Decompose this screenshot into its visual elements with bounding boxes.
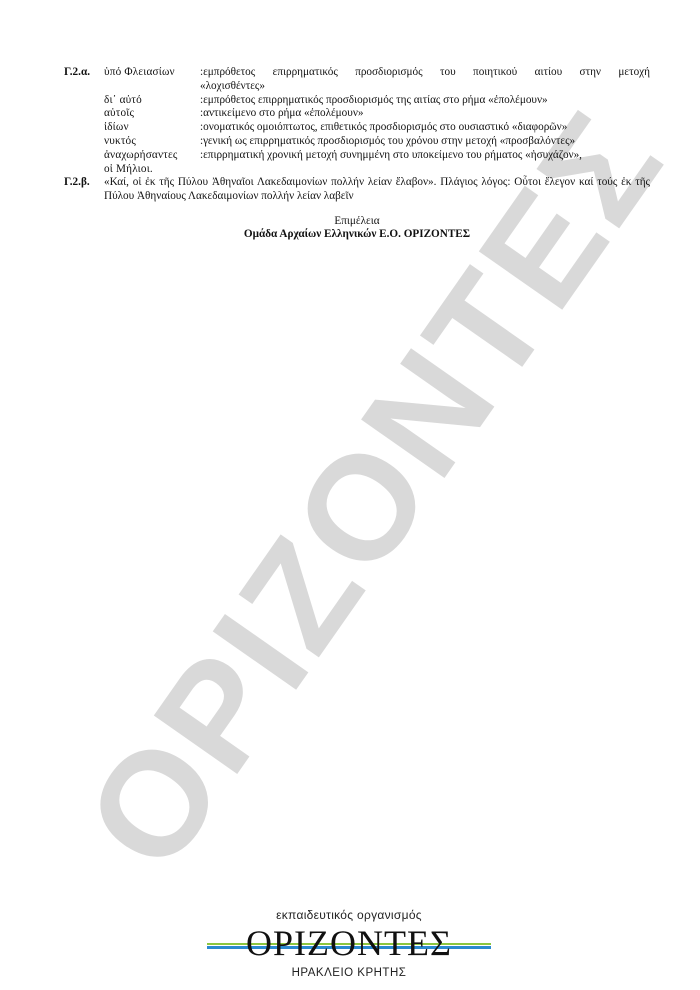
description: :επιρρηματική χρονική μετοχή συνημμένη σ… bbox=[200, 149, 650, 163]
g2a-row-5: ἀναχωρήσαντες :επιρρηματική χρονική μετο… bbox=[64, 149, 650, 163]
credit-line1: Επιμέλεια bbox=[64, 215, 650, 229]
credit: Επιμέλεια Ομάδα Αρχαίων Ελληνικών Ε.Ο. Ο… bbox=[64, 215, 650, 242]
g2b-label: Γ.2.β. bbox=[64, 176, 104, 204]
g2a-row-3: ἰδίων :ονοματικός ομοιόπτωτος, επιθετικό… bbox=[64, 121, 650, 135]
description: :ονοματικός ομοιόπτωτος, επιθετικός προσ… bbox=[200, 121, 650, 135]
description: :εμπρόθετος επιρρηματικός προσδιορισμός … bbox=[200, 66, 650, 80]
g2a-row-2: αὐτοῖς :αντικείμενο στο ρήμα «ἐπολέμουν» bbox=[64, 107, 650, 121]
description: :γενική ως επιρρηματικός προσδιορισμός τ… bbox=[200, 135, 650, 149]
term: αὐτοῖς bbox=[104, 107, 200, 121]
term: δι᾽ αὐτό bbox=[104, 94, 200, 108]
g2a-row-1: δι᾽ αὐτό :εμπρόθετος επιρρηματικός προσδ… bbox=[64, 94, 650, 108]
description: :αντικείμενο στο ρήμα «ἐπολέμουν» bbox=[200, 107, 650, 121]
organization-logo: εκπαιδευτικός οργανισμός ΟΡΙΖΟΝΤΕΣ ΗΡΑΚΛ… bbox=[205, 905, 493, 985]
g2b-row: Γ.2.β. «Καί, οἱ ἐκ τῆς Πύλου Ἀθηναῖοι Λα… bbox=[64, 176, 650, 204]
g2a-row-0: Γ.2.α. ὑπό Φλειασίων :εμπρόθετος επιρρημ… bbox=[64, 66, 650, 80]
description: :εμπρόθετος επιρρηματικός προσδιορισμός … bbox=[200, 94, 650, 108]
g2a-row-0-cont: «λοχισθέντες» bbox=[64, 80, 650, 94]
g2b-text: «Καί, οἱ ἐκ τῆς Πύλου Ἀθηναῖοι Λακεδαιμο… bbox=[104, 176, 650, 204]
term: οἱ Μήλιοι. bbox=[104, 163, 200, 177]
g2a-label: Γ.2.α. bbox=[64, 66, 104, 80]
logo-name: ΟΡΙΖΟΝΤΕΣ bbox=[205, 923, 493, 963]
term: ἀναχωρήσαντες bbox=[104, 149, 200, 163]
g2a-row-4: νυκτός :γενική ως επιρρηματικός προσδιορ… bbox=[64, 135, 650, 149]
term: νυκτός bbox=[104, 135, 200, 149]
term: ἰδίων bbox=[104, 121, 200, 135]
credit-line2: Ομάδα Αρχαίων Ελληνικών Ε.Ο. ΟΡΙΖΟΝΤΕΣ bbox=[64, 228, 650, 242]
logo-location: ΗΡΑΚΛΕΙΟ ΚΡΗΤΗΣ bbox=[205, 967, 493, 979]
g2a-row-5-cont: οἱ Μήλιοι. bbox=[64, 163, 650, 177]
term: ὑπό Φλειασίων bbox=[104, 66, 200, 80]
logo-tagline: εκπαιδευτικός οργανισμός bbox=[205, 908, 493, 922]
description: «λοχισθέντες» bbox=[200, 80, 650, 94]
document-body: Γ.2.α. ὑπό Φλειασίων :εμπρόθετος επιρρημ… bbox=[64, 66, 650, 242]
